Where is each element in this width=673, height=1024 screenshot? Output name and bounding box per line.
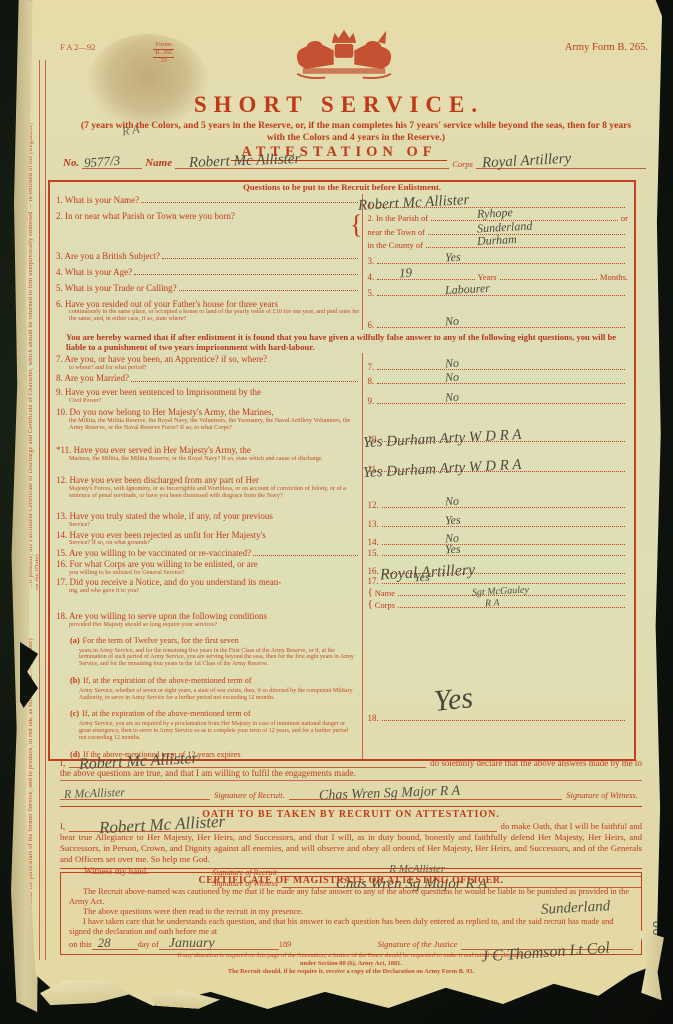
condition-lead: If, at the expiration of the above-menti… <box>82 709 250 718</box>
justice-signature-field: J C Thomson Lt Col <box>461 940 633 950</box>
certificate-date-line: on this 28 day of January 189 Signature … <box>69 939 633 949</box>
dotted-answer-line <box>382 542 625 545</box>
question-row-4: 4. What is your Age? 4.YearsMonths.19 <box>50 266 634 282</box>
dotted-answer-line <box>377 367 625 370</box>
question-small-print: Civil Power? <box>56 398 360 405</box>
service-terms-subtitle: (7 years with the Colors, and 5 years in… <box>74 120 638 145</box>
justice-signature-area: Signature of the Justice J C Thomson Lt … <box>374 939 633 949</box>
dotted-answer-line <box>377 325 625 328</box>
question-row-5: 5. What is your Trade or Calling? 5.Labo… <box>50 282 634 298</box>
condition-b: (b)If, at the expiration of the above-me… <box>56 669 360 702</box>
dotted-answer-line <box>382 505 625 508</box>
dotted-answer-line <box>382 581 625 584</box>
question-label: 4. What is your Age? <box>56 267 360 277</box>
brace-glyph: { <box>367 598 372 610</box>
declaration-line: I, Robert Mc Allister do solemnly declar… <box>60 757 642 768</box>
question-small-print: you willing to be enlisted for General S… <box>56 570 360 577</box>
question-row-7: 7. Are you, or have you been, an Apprent… <box>50 353 634 372</box>
question-row-3: 3. Are you a British Subject? 3.Yes <box>50 250 634 266</box>
justice-signature-label: Signature of the Justice <box>378 939 458 949</box>
page-title: SHORT SERVICE. <box>26 92 652 118</box>
brace-glyph: { <box>350 212 362 238</box>
dotted-answer-line <box>382 524 625 527</box>
declaration-name-field: Robert Mc Allister <box>69 757 426 768</box>
question-label: 9. Have you ever been sentenced to Impri… <box>56 387 360 397</box>
question-text: 1. What is your Name? <box>56 195 139 205</box>
question-row-6: 6. Have you resided out of your Father's… <box>50 298 634 330</box>
condition-lead: If, at the expiration of the above-menti… <box>83 676 251 685</box>
question-small-print: provided Her Majesty should so long requ… <box>56 622 360 629</box>
dotted-leader <box>253 548 358 556</box>
condition-tag: (b) <box>70 676 80 685</box>
question-row-14: 14. Have you ever been rejected as unfit… <box>50 529 634 547</box>
witness-signature-field: Chas Wren Sg Major R A <box>289 789 563 800</box>
dotted-answer-line <box>382 718 625 721</box>
answer-number: 15. <box>367 548 378 558</box>
question-label: 13. Have you truly stated the whole, if … <box>56 511 360 521</box>
question-row-16: 16. For what Corps are you willing to be… <box>50 558 634 576</box>
answer-number: 14. <box>367 537 378 547</box>
oath-name-field: Robert Mc Allister <box>69 821 496 832</box>
left-margin-rules <box>39 60 46 960</box>
condition-tag: (a) <box>70 636 80 645</box>
month-field: January <box>159 940 279 950</box>
question-small-print: to whom? and for what period? <box>56 365 360 372</box>
answer-number: 6. <box>367 320 374 330</box>
notice-name-value: Sgt McGauley <box>471 585 528 599</box>
day-of-label: day of <box>138 940 159 950</box>
dotted-answer-line <box>377 381 625 384</box>
declaration-signatures: R McAllister Signature of Recruit. Chas … <box>60 789 642 800</box>
i-label: I, <box>60 821 65 832</box>
dotted-leader <box>162 251 358 259</box>
dotted-answer-line <box>382 571 625 574</box>
dotted-leader <box>179 283 359 291</box>
county-label: in the County of <box>367 240 422 250</box>
dotted-answer-line <box>431 218 618 221</box>
answer-number: 8. <box>367 376 374 386</box>
town-label: near the Town of <box>367 227 425 237</box>
oath-body: bear true Allegiance to Her Majesty, Her… <box>60 832 642 864</box>
answer-number: 13. <box>367 519 378 529</box>
or-label: or <box>621 213 628 223</box>
question-row-11: *11. Have you ever served in Her Majesty… <box>50 444 634 474</box>
corps-label: Corps <box>452 159 473 169</box>
question-small-print: Service? <box>56 522 360 529</box>
condition-c: (c)If, at the expiration of the above-me… <box>56 702 360 742</box>
question-row-8: 8. Are you Married? 8.No <box>50 372 634 386</box>
dotted-answer-line <box>377 261 625 264</box>
recruit-identity-line: No. 9577/3 Name Robert Mc Allister Corps… <box>60 157 646 169</box>
dotted-answer-line <box>377 205 625 208</box>
month-value: January <box>169 936 215 953</box>
recruit-signature-field: R McAllister <box>60 789 210 800</box>
question-text: 2. In or near what Parish or Town were y… <box>56 211 235 221</box>
question-row-17: 17. Did you receive a Notice, and do you… <box>50 576 634 610</box>
service-number-field: 9577/3 <box>82 168 142 169</box>
certificate-section: CERTIFICATE OF MAGISTRATE OR ATTESTING O… <box>60 868 642 955</box>
day-field: 28 <box>92 940 138 950</box>
question-row-18: 18. Are you willing to serve upon the fo… <box>50 610 634 761</box>
footnote-3: The Recruit should, if he require it, re… <box>70 968 632 976</box>
forms-word: Forms <box>156 41 172 48</box>
name-field: Robert Mc Allister <box>175 168 449 169</box>
condition-a: (a)For the term of Twelve years, for the… <box>56 629 360 669</box>
question-small-print: ing, and who gave it to you? <box>56 588 360 595</box>
dotted-answer-line <box>398 605 625 608</box>
answer-number: 17. <box>367 576 378 586</box>
dotted-answer-line <box>377 277 474 280</box>
dotted-leader <box>134 267 358 275</box>
dotted-answer-line <box>382 439 625 442</box>
notice-name-label: Name <box>375 588 395 598</box>
questions-table-header: Questions to be put to the Recruit befor… <box>50 182 634 194</box>
parish-label: 2. In the Parish of <box>367 213 428 223</box>
question-row-9: 9. Have you ever been sentenced to Impri… <box>50 386 634 406</box>
dotted-answer-line <box>382 553 625 556</box>
oath-line: I, Robert Mc Allister do make Oath, that… <box>60 821 642 832</box>
on-this-label: on this <box>69 940 92 950</box>
royal-arms-crest-icon <box>269 26 419 91</box>
no-label: No. <box>63 157 79 169</box>
condition-body: years in Army Service, and for the remai… <box>70 648 356 668</box>
condition-body: Army Service, whether of seven or eight … <box>70 688 356 701</box>
i-label: I, <box>60 758 65 768</box>
condition-body: Army Service, you are so required by a p… <box>70 721 356 741</box>
certificate-heading: CERTIFICATE OF MAGISTRATE OR ATTESTING O… <box>69 875 633 887</box>
forms-denominator: 23 <box>161 57 167 64</box>
answer-number: 18. <box>367 713 378 723</box>
dotted-answer-line <box>381 469 625 472</box>
dotted-answer-line <box>426 245 625 248</box>
declaration-section: I, Robert Mc Allister do solemnly declar… <box>60 757 642 800</box>
dotted-answer-line <box>377 293 625 296</box>
question-label: 8. Are you Married? <box>56 373 360 383</box>
margin-note-upper: …if possible, his Parchment Certificate … <box>28 120 38 590</box>
question-row-1: 1. What is your Name? 1.Robert Mc Allist… <box>50 194 634 210</box>
brace-glyph: { <box>367 586 372 598</box>
answer-number: 11. <box>367 464 378 474</box>
answer-number: 4. <box>367 272 374 282</box>
question-text: 16. For what Corps are you willing to be… <box>56 559 258 569</box>
condition-tag: (c) <box>70 709 79 718</box>
question-row-15: 15. Are you willing to be vaccinated or … <box>50 547 634 558</box>
answer-number: 7. <box>367 362 374 372</box>
dotted-leader <box>131 373 358 381</box>
question-label: 1. What is your Name? <box>56 195 360 205</box>
corps-field: Royal Artillery <box>476 168 646 169</box>
question-text: 8. Are you Married? <box>56 373 129 383</box>
question-text: 4. What is your Age? <box>56 267 132 277</box>
army-form-ref: Army Form B. 265. <box>565 42 648 53</box>
oath-text-1: do make Oath, that I will be faithful an… <box>501 821 642 832</box>
dotted-leader <box>141 195 358 203</box>
witness-signature-label: Signature of Witness. <box>566 790 638 800</box>
day-value: 28 <box>98 935 111 951</box>
forms-fraction: Forms B. 265 23 <box>153 42 174 65</box>
question-label: 3. Are you a British Subject? <box>56 251 360 261</box>
months-label: Months. <box>600 272 628 282</box>
question-label: 5. What is your Trade or Calling? <box>56 283 360 293</box>
form-ref-left: F A 2—92 <box>60 42 95 52</box>
question-small-print: Marines, the Militia, the Militia Reserv… <box>56 456 360 463</box>
answer-number: 16. <box>367 566 378 576</box>
question-text: 3. Are you a British Subject? <box>56 251 160 261</box>
year-prefix: 189 <box>279 940 292 950</box>
scanned-document-background: …if possible, his Parchment Certificate … <box>0 0 673 1024</box>
declaration-text-1: do solemnly declare that the above answe… <box>430 758 642 768</box>
condition-lead: For the term of Twelve years, for the fi… <box>83 636 239 645</box>
notice-corps-label: Corps <box>375 600 395 610</box>
answer-number: 1. <box>367 200 374 210</box>
pencil-annotation: R A <box>121 122 141 140</box>
question-small-print: the Militia, the Militia Reserve, the Ro… <box>56 418 360 432</box>
name-label: Name <box>145 157 172 169</box>
dotted-answer-line <box>398 593 625 596</box>
certificate-box: CERTIFICATE OF MAGISTRATE OR ATTESTING O… <box>60 872 642 955</box>
question-text: 15. Are you willing to be vaccinated or … <box>56 548 251 558</box>
answer-number: 9. <box>367 396 374 406</box>
document-page: …if possible, his Parchment Certificate … <box>26 0 662 1010</box>
answer-number: 3. <box>367 256 374 266</box>
question-small-print: Service? If so, on what grounds? <box>56 540 360 547</box>
dotted-answer-line <box>500 277 597 280</box>
question-text: 5. What is your Trade or Calling? <box>56 283 177 293</box>
false-answer-warning: You are hereby warned that if after enli… <box>50 330 634 353</box>
question-row-13: 13. Have you truly stated the whole, if … <box>50 510 634 528</box>
recruit-signature: R McAllister <box>64 785 125 802</box>
years-label: Years <box>478 272 497 282</box>
recruit-signature-label: Signature of Recruit. <box>214 790 285 800</box>
answer-number: 12. <box>367 500 378 510</box>
answer-number: 10. <box>367 434 378 444</box>
questions-table: Questions to be put to the Recruit befor… <box>48 180 636 761</box>
witness-signature: Chas Wren Sg Major R A <box>319 784 461 805</box>
answer-number: 5. <box>367 288 374 298</box>
question-row-12: 12. Have you ever been discharged from a… <box>50 474 634 510</box>
question-label: 2. In or near what Parish or Town were y… <box>56 211 360 221</box>
question-row-10: 10. Do you now belong to Her Majesty's A… <box>50 406 634 444</box>
question-label: 15. Are you willing to be vaccinated or … <box>56 548 360 558</box>
dotted-answer-line <box>377 401 625 404</box>
question-small-print: Majesty's Forces, with Ignominy, or as I… <box>56 486 360 500</box>
question-label: 16. For what Corps are you willing to be… <box>56 559 360 569</box>
dotted-answer-line <box>428 232 625 235</box>
question-row-2: 2. In or near what Parish or Town were y… <box>50 210 634 250</box>
question-small-print: continuously in the same place, or occup… <box>56 309 360 323</box>
